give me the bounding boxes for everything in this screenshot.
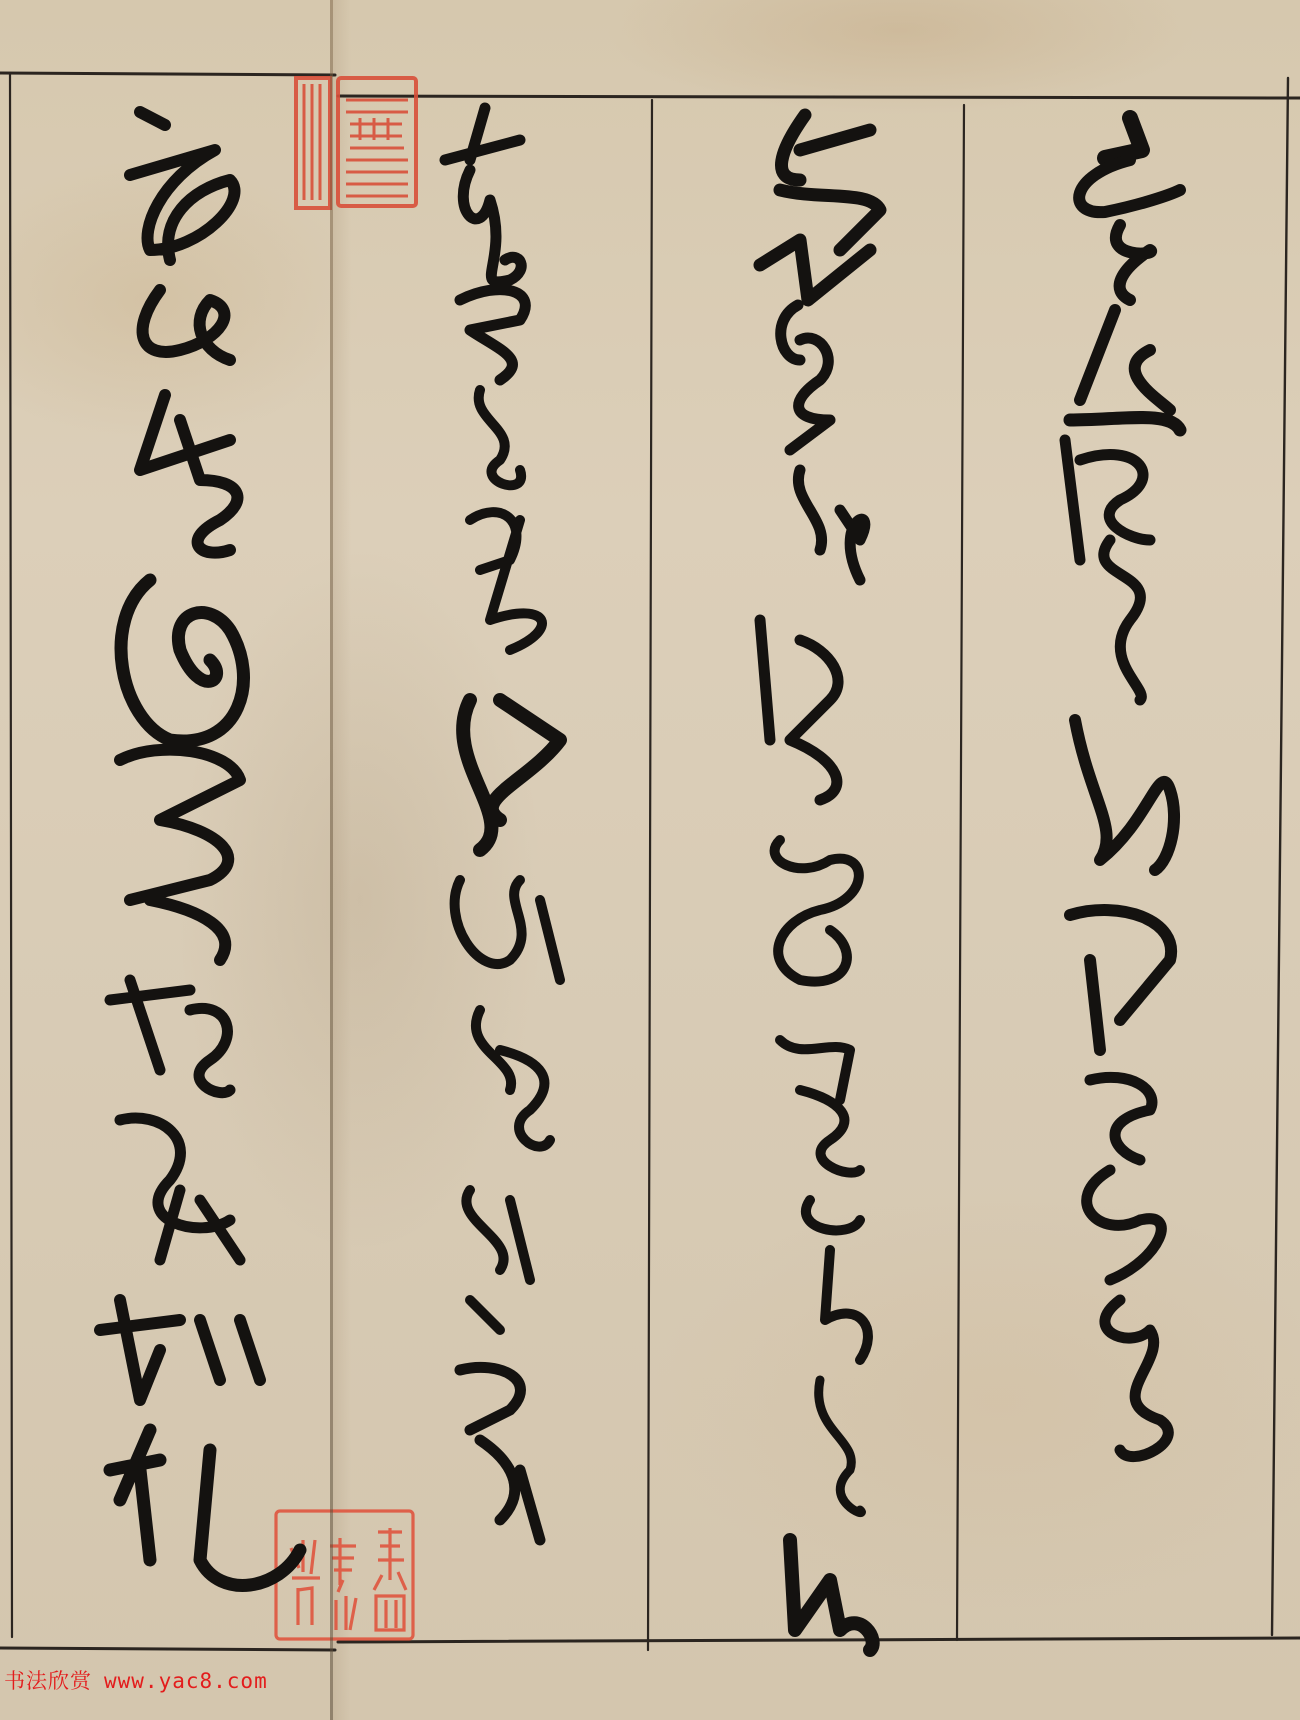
watermark-site-name: 书法欣赏 [4,1669,92,1693]
column-4-strokes [100,112,300,1585]
column-3-strokes [445,108,560,1540]
column-2-strokes [760,115,880,1650]
calligraphy-artwork [0,0,1300,1720]
watermark-url[interactable]: www.yac8.com [104,1669,268,1693]
column-1-strokes [1065,118,1180,1457]
bottom-seal [276,1511,413,1639]
mount-seam [330,0,333,1720]
site-watermark: 书法欣赏www.yac8.com [4,1665,268,1695]
